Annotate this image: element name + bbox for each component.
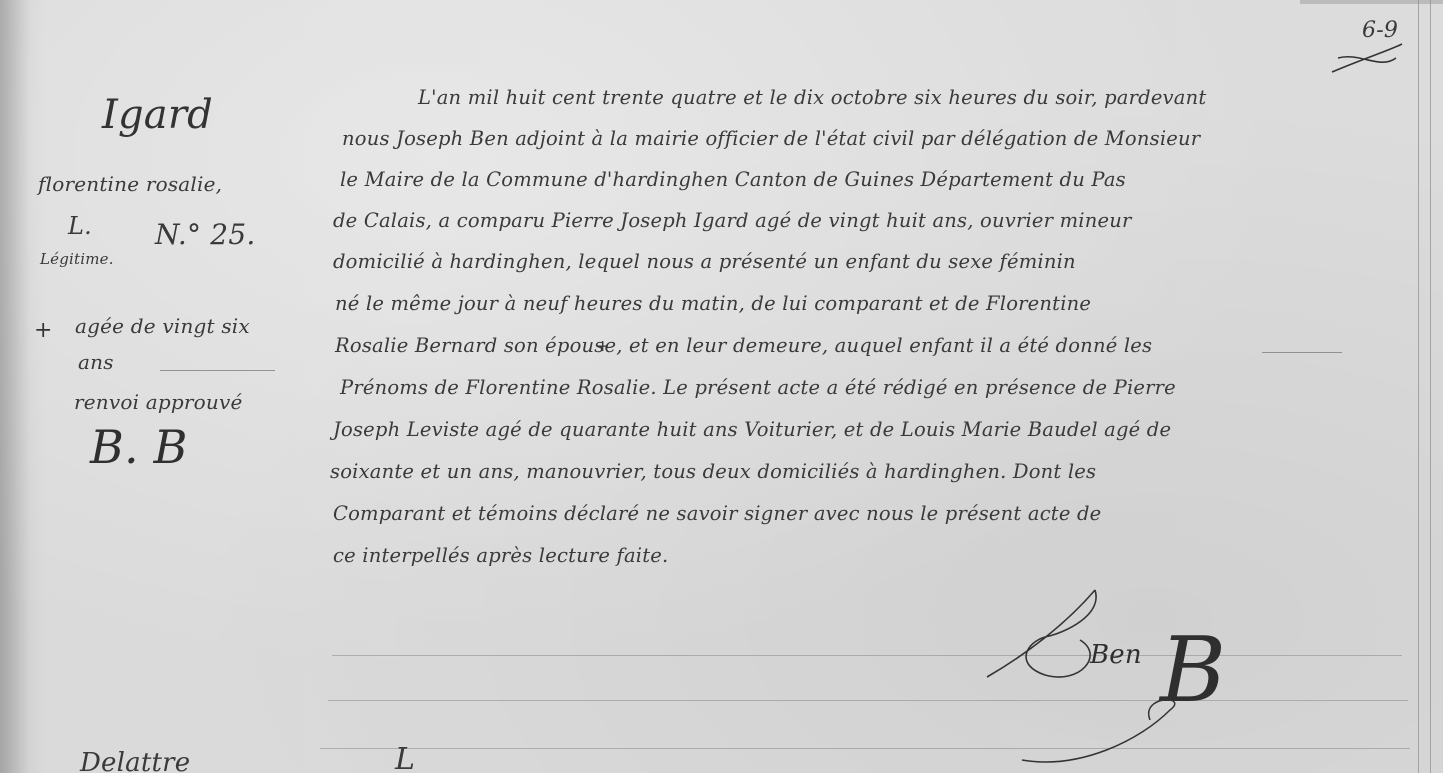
register-page: 6-9 Igard florentine rosalie, L. N.° 25.…	[0, 0, 1443, 773]
signature-name: Ben	[1090, 640, 1142, 670]
margin-legitimacy-abbrev: L.	[68, 212, 92, 240]
right-edge-rule	[1430, 0, 1431, 773]
margin-insertion-note-line1: agée de vingt six	[75, 314, 250, 338]
body-line-3: le Maire de la Commune d'hardinghen Cant…	[340, 168, 1126, 191]
body-line-2: nous Joseph Ben adjoint à la mairie offi…	[342, 127, 1200, 150]
margin-initials: B. B	[90, 420, 188, 474]
body-line-4: de Calais, a comparu Pierre Joseph Igard…	[333, 209, 1132, 232]
page-top-edge	[1300, 0, 1443, 4]
ruled-line-1	[332, 655, 1402, 656]
signature-underflourish-icon	[1020, 700, 1200, 770]
body-line-8: Prénoms de Florentine Rosalie. Le présen…	[340, 376, 1176, 399]
insertion-mark-icon: +	[34, 318, 52, 343]
page-mark-flourish-icon	[1330, 40, 1410, 80]
next-entry-initial: L	[395, 742, 415, 773]
margin-insertion-note-line2: ans	[78, 350, 114, 374]
body-line-5: domicilié à hardinghen, lequel nous a pr…	[333, 250, 1076, 273]
body-line-12: ce interpellés après lecture faite.	[333, 544, 668, 567]
body-line-9: Joseph Leviste agé de quarante huit ans …	[333, 418, 1171, 441]
ruled-line-2	[328, 700, 1408, 701]
next-entry-surname: Delattre	[80, 748, 190, 773]
body-line-10: soixante et un ans, manouvrier, tous deu…	[330, 460, 1096, 483]
line-end-rule	[1262, 352, 1342, 353]
margin-legitimacy: Légitime.	[40, 250, 114, 268]
right-margin-rule	[1418, 0, 1419, 773]
margin-approval: renvoi approuvé	[74, 390, 243, 414]
margin-entry-number: N.° 25.	[155, 218, 255, 251]
body-line-6: né le même jour à neuf heures du matin, …	[335, 292, 1091, 315]
body-line-11: Comparant et témoins déclaré ne savoir s…	[333, 502, 1101, 525]
margin-surname: Igard	[102, 92, 213, 138]
binding-shadow	[0, 0, 30, 773]
body-line-1: L'an mil huit cent trente quatre et le d…	[418, 86, 1206, 109]
body-line-7: Rosalie Bernard son épouse, et en leur d…	[335, 334, 1152, 357]
signature-flourish-icon	[985, 585, 1105, 695]
margin-note-rule	[160, 370, 275, 371]
margin-given-names: florentine rosalie,	[38, 172, 222, 196]
ruled-line-3	[320, 748, 1410, 749]
